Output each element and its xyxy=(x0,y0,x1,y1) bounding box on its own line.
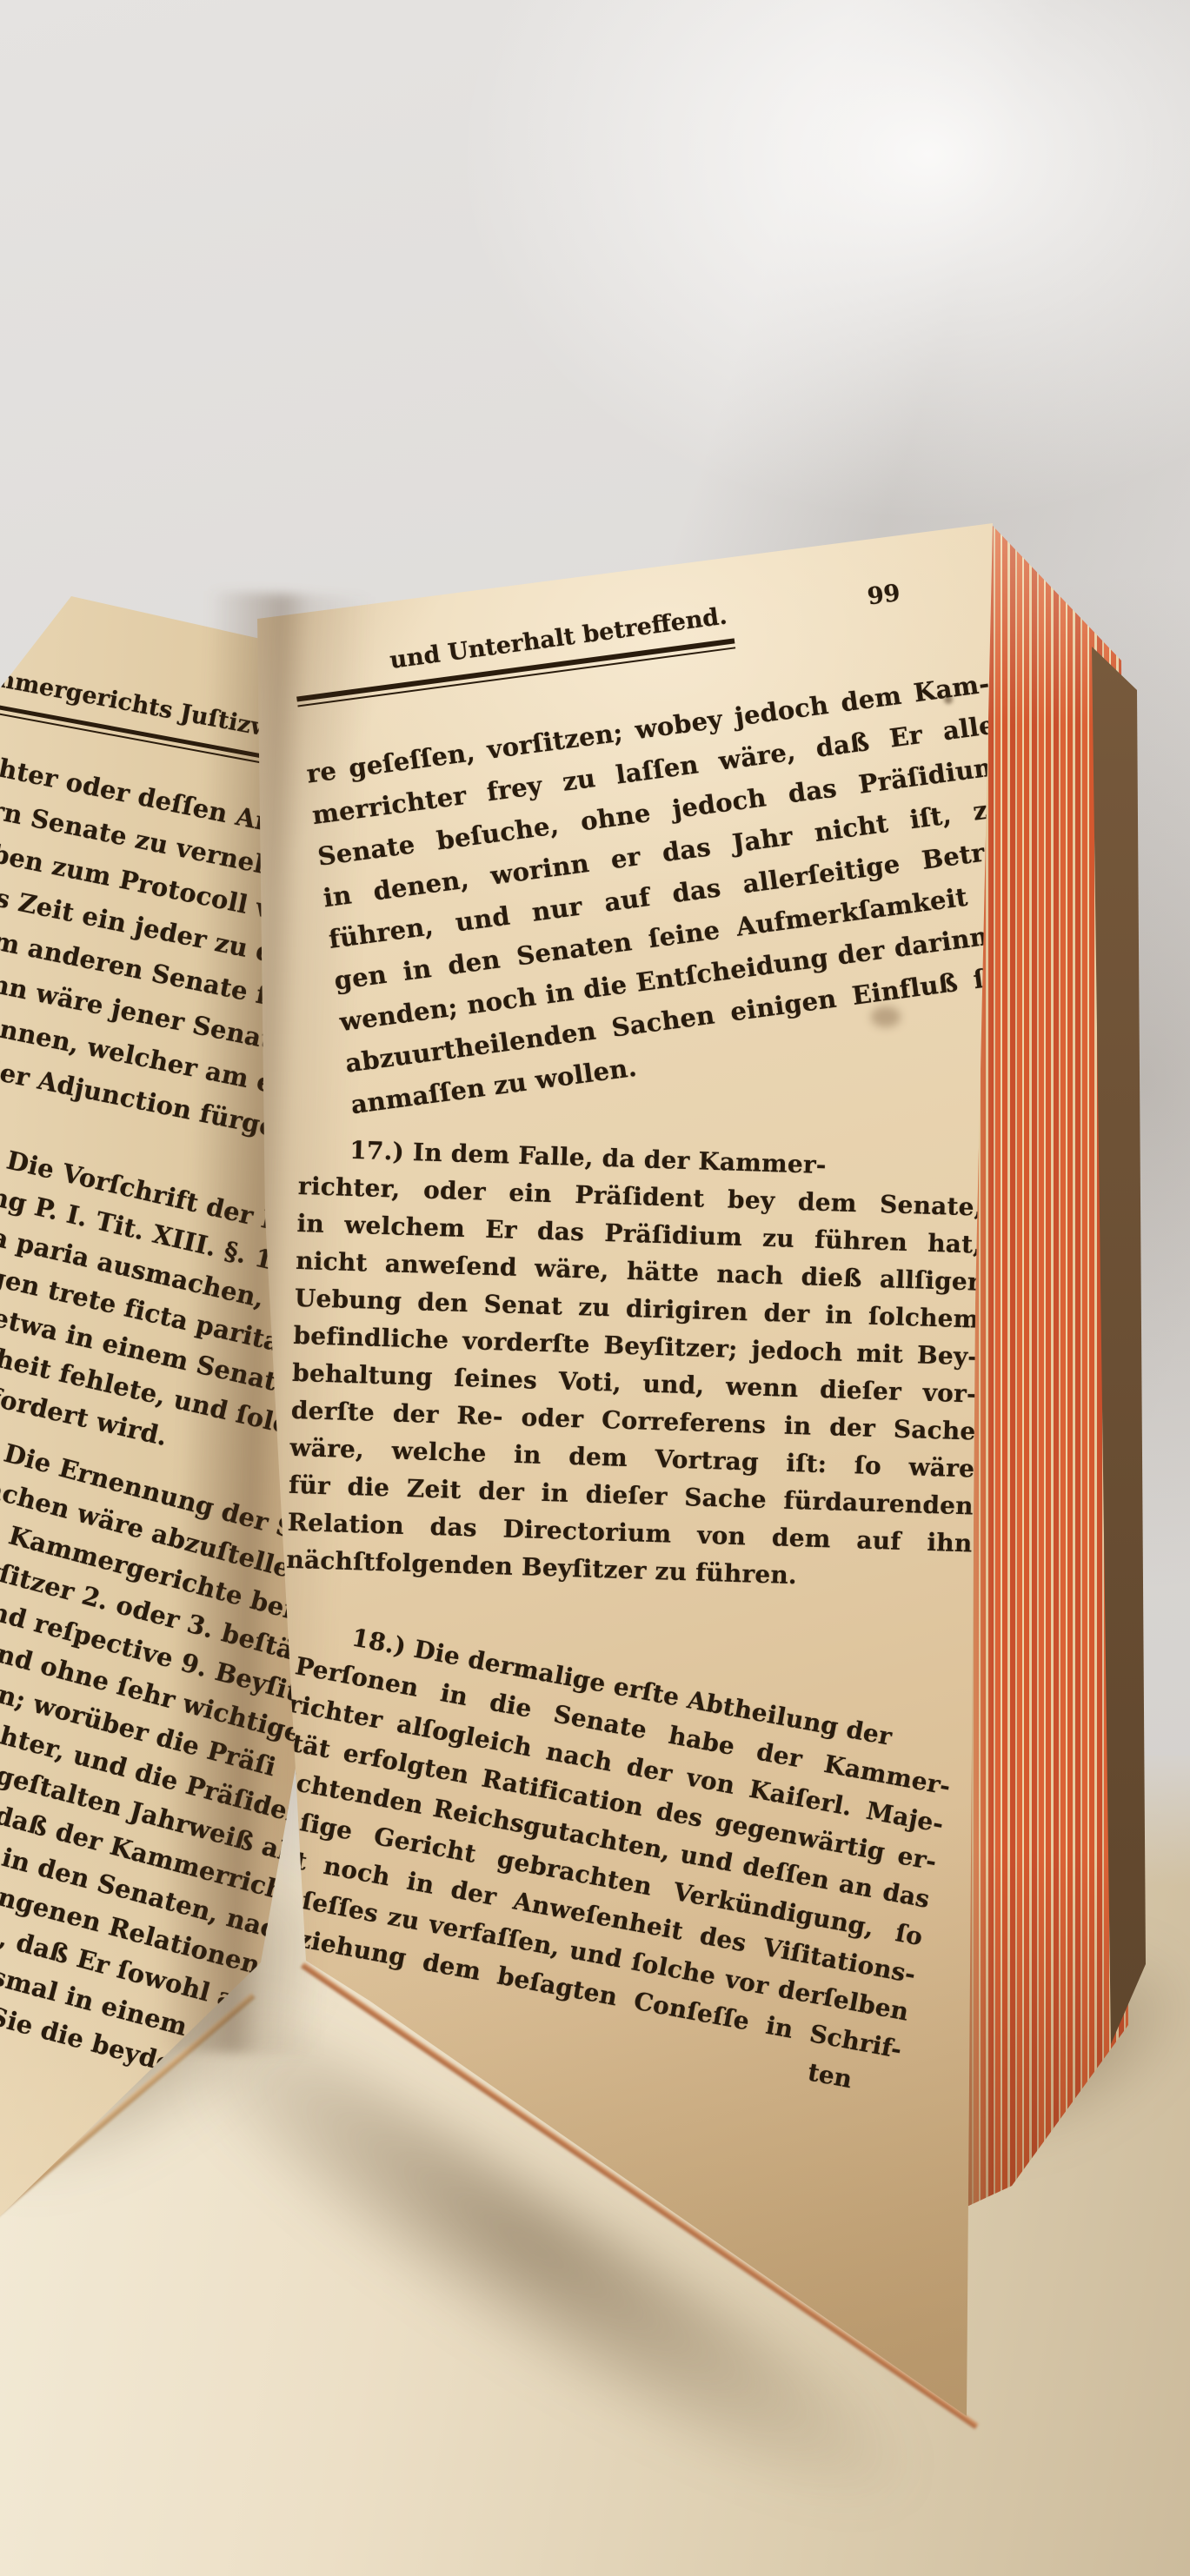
right-page-top-block: und Unterhalt betreffend. 99 re geſeſſen… xyxy=(291,566,1036,1125)
page-number: 99 xyxy=(866,576,903,615)
paragraph-17: 17.) In dem Falle, da der Kammer- richte… xyxy=(286,1130,985,1599)
book-photo: skammergerichts Juſtizweſen chter oder d… xyxy=(0,0,1190,2576)
